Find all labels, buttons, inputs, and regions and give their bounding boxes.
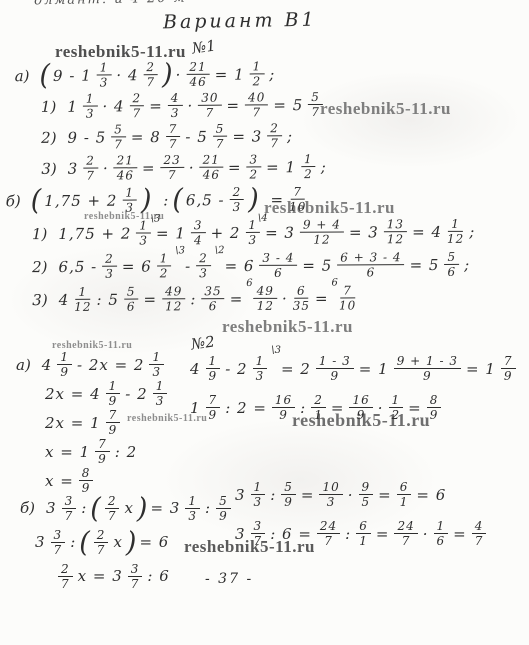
annotation-mark: \3 xyxy=(271,345,281,356)
math-text: x xyxy=(124,499,133,517)
math-text: x xyxy=(113,533,122,551)
numerator: 3 xyxy=(246,153,261,167)
fraction: 13 xyxy=(149,351,164,378)
numerator: 7 xyxy=(340,284,355,298)
numerator: 24 xyxy=(317,520,340,534)
math-text: 2x = 1 xyxy=(45,414,101,432)
math-text: = 6 xyxy=(122,257,152,275)
denominator: 1 xyxy=(359,534,368,547)
numerator: 8 xyxy=(427,394,442,408)
fraction: 19 xyxy=(57,351,72,378)
math-text: : 2 = xyxy=(225,399,267,417)
fraction: 37 xyxy=(251,520,266,547)
math-text: : 6 = xyxy=(270,525,312,543)
denominator: 7 xyxy=(54,543,63,556)
fraction: 2146 xyxy=(114,154,137,181)
fraction: 13 xyxy=(251,481,266,508)
math-line: 1)113· 427=43·307=407= 557 xyxy=(41,89,329,122)
math-text: = xyxy=(270,190,284,208)
math-line: а)419- 2x = 213 xyxy=(16,350,170,379)
fraction: 710 xyxy=(289,186,306,213)
numerator: 49 xyxy=(254,285,277,299)
denominator: 1 xyxy=(314,408,323,421)
numerator: 30 xyxy=(198,92,221,106)
numerator: 1 xyxy=(301,153,316,167)
denominator: 2 xyxy=(304,167,313,180)
denominator: 7 xyxy=(475,534,484,547)
fraction: 27 xyxy=(129,92,144,119)
denominator: 2 xyxy=(249,167,258,180)
math-text: : 2 xyxy=(115,443,137,461)
fraction: 77 xyxy=(166,123,181,150)
denominator: 7 xyxy=(324,534,333,547)
denominator: 3 xyxy=(125,201,134,214)
math-text: = 3 xyxy=(349,223,379,241)
numerator: 2 xyxy=(129,92,144,106)
denominator: 1 xyxy=(400,495,409,508)
denominator: 3 xyxy=(171,106,180,119)
fraction: 16 xyxy=(434,520,449,547)
denominator: 4 xyxy=(194,233,203,246)
denominator: 7 xyxy=(97,543,106,556)
fraction: 37 xyxy=(62,495,77,522)
fraction: 59 xyxy=(216,495,231,522)
numerator: 5 xyxy=(216,495,231,509)
math-text: = 1 xyxy=(266,158,296,176)
big-paren: ( xyxy=(79,526,90,559)
math-text: - 2x = 2 xyxy=(77,356,145,374)
fraction: 27 xyxy=(94,529,109,556)
math-text: · xyxy=(282,289,288,307)
fraction: 112 xyxy=(447,218,464,245)
numerator: 13 xyxy=(384,218,407,232)
math-text: = xyxy=(315,289,329,307)
fraction: 27 xyxy=(105,495,120,522)
numerator: 5 xyxy=(281,481,296,495)
numerator: 1 xyxy=(389,394,404,408)
fraction: 407 xyxy=(245,91,268,118)
fraction: 247 xyxy=(317,520,340,547)
numerator: 1 - 3 xyxy=(316,355,354,369)
fraction: 2146 xyxy=(186,61,209,88)
line-label: 2) xyxy=(41,128,57,146)
numerator: 6 + 3 - 4 xyxy=(337,251,404,265)
numerator: 1 xyxy=(122,187,137,201)
numerator: 9 xyxy=(359,481,374,495)
fraction: 13 xyxy=(185,495,200,522)
numerator: 4 xyxy=(168,92,183,106)
fraction: 56 xyxy=(124,286,139,313)
numerator: 1 xyxy=(251,481,266,495)
numerator: 10 xyxy=(319,481,342,495)
denominator: 7 xyxy=(402,534,411,547)
fraction: 169 xyxy=(272,394,295,421)
big-paren: ) xyxy=(137,492,148,525)
big-paren: ( xyxy=(31,184,42,217)
math-line: 2x = 179 xyxy=(43,408,170,437)
fraction: 34 xyxy=(191,219,206,246)
denominator: 9 xyxy=(423,369,432,382)
denominator: 2 xyxy=(253,74,262,87)
numerator: 16 xyxy=(349,394,372,408)
fraction: 4912 xyxy=(162,285,185,312)
math-text: 4 xyxy=(59,290,70,308)
math-text: 1,75 + 2 xyxy=(58,224,131,242)
big-paren: ) xyxy=(248,183,259,216)
denominator: 46 xyxy=(117,168,134,181)
fraction: 307 xyxy=(198,92,221,119)
denominator: 9 xyxy=(331,369,340,382)
math-text: = 3 xyxy=(232,127,262,145)
math-text: : xyxy=(81,499,87,517)
math-text: = 1 xyxy=(215,65,245,83)
math-text: 3 xyxy=(235,525,246,543)
big-paren: ( xyxy=(90,492,101,525)
math-text: = 6 xyxy=(139,533,169,551)
denominator: 3 xyxy=(188,509,197,522)
math-text: = 1 xyxy=(156,224,186,242)
denominator: 7 xyxy=(252,105,261,118)
numerator: 1 xyxy=(448,218,463,232)
denominator: 46 xyxy=(189,75,206,88)
fraction: 12 xyxy=(250,60,265,87)
denominator: 3 xyxy=(233,200,242,213)
numerator: 6 xyxy=(356,520,371,534)
denominator: 7 xyxy=(131,577,140,590)
denominator: 10 xyxy=(339,298,356,311)
fraction: 23 xyxy=(102,253,117,280)
denominator: 6 xyxy=(127,300,136,313)
math-line: 337:(27x)= 6 xyxy=(33,525,234,559)
math-text: · xyxy=(423,525,429,543)
fraction: 79 xyxy=(501,355,516,382)
numerator: 8 xyxy=(79,467,94,481)
denominator: 3 xyxy=(256,369,265,382)
line-label: 1) xyxy=(32,225,48,243)
fraction: 13 xyxy=(122,187,137,214)
fraction: 95 xyxy=(359,481,374,508)
line-label: а) xyxy=(15,66,30,84)
math-text: ; xyxy=(464,255,470,273)
fraction: 89 xyxy=(79,467,94,494)
math-text: · xyxy=(187,96,193,114)
math-text: - 2 xyxy=(125,385,147,403)
denominator: 7 xyxy=(206,106,215,119)
numerator: 2 xyxy=(230,186,245,200)
denominator: 3 xyxy=(254,495,263,508)
denominator: 9 xyxy=(98,452,107,465)
denominator: 7 xyxy=(65,509,74,522)
numerator: 49 xyxy=(162,285,185,299)
fraction: 13 xyxy=(153,380,168,407)
fraction: 79 xyxy=(106,409,121,436)
numerator: 3 xyxy=(62,495,77,509)
big-paren: ( xyxy=(172,184,183,217)
math-text: : xyxy=(190,290,196,308)
denominator: 3 xyxy=(199,266,208,279)
math-text: : xyxy=(345,525,351,543)
denominator: 9 xyxy=(60,365,69,378)
math-text: · xyxy=(189,158,195,176)
math-line: x = 179: 2 xyxy=(43,437,170,466)
numerator: 5 xyxy=(308,91,323,105)
site-watermark: reshebnik5-11.ru xyxy=(320,99,451,119)
fraction: 37 xyxy=(128,563,143,590)
math-text: : xyxy=(270,486,276,504)
math-text: 9 - 5 xyxy=(67,128,106,146)
fraction: 103 xyxy=(319,481,342,508)
math-line: б)(1,75 + 213)\3:(6,5 -23)\4=710 xyxy=(6,182,478,217)
math-text: · xyxy=(378,399,384,417)
math-text: ; xyxy=(469,222,475,240)
denominator: 35 xyxy=(293,299,310,312)
numerator: 21 xyxy=(200,154,223,168)
numerator: 7 xyxy=(206,394,221,408)
fraction: 3 - 46 xyxy=(259,252,297,279)
denominator: 7 xyxy=(311,105,320,118)
denominator: 2 xyxy=(160,266,169,279)
fraction: 1 - 39 xyxy=(316,355,354,382)
math-text: = xyxy=(378,486,392,504)
line-label: 3) xyxy=(32,291,48,309)
fraction: 37 xyxy=(51,529,66,556)
numerator: 2 xyxy=(58,563,73,577)
fraction: 237 xyxy=(160,154,183,181)
math-text: = xyxy=(228,158,242,176)
denominator: 3 xyxy=(139,233,148,246)
denominator: 9 xyxy=(279,408,288,421)
denominator: 7 xyxy=(133,106,142,119)
math-text: = xyxy=(230,289,244,307)
math-text: ; xyxy=(269,65,275,83)
page-number: - 37 - xyxy=(205,571,253,587)
line-label: б) xyxy=(20,499,35,517)
math-text: · 4 xyxy=(116,66,138,84)
fraction: 56 xyxy=(444,251,459,278)
math-line: 179: 2 =169:21=169·12=89 xyxy=(188,388,519,427)
denominator: 7 xyxy=(270,136,279,149)
denominator: 3 xyxy=(100,75,109,88)
math-text: · 4 xyxy=(102,97,124,115)
math-text: : xyxy=(300,399,306,417)
denominator: 7 xyxy=(114,137,123,150)
math-text: : xyxy=(205,499,211,517)
numerator: 24 xyxy=(394,520,417,534)
math-text: = 5 xyxy=(273,96,303,114)
math-text: - 5 xyxy=(185,127,208,145)
math-text: 2x = 4 xyxy=(45,385,101,403)
big-paren: ) xyxy=(141,184,152,217)
numerator: 1 xyxy=(97,61,112,75)
fraction: 79 xyxy=(95,438,110,465)
fraction: 32 xyxy=(246,153,261,180)
numerator: 3 - 4 xyxy=(259,252,297,266)
denominator: 6 xyxy=(367,265,376,278)
math-text: + 2 xyxy=(210,224,240,242)
numerator: 1 xyxy=(157,252,172,266)
problem-1b-solution: б)(1,75 + 213)\3:(6,5 -23)\4=7101)1,75 +… xyxy=(6,182,478,316)
fraction: 169 xyxy=(349,394,372,421)
annotation-mark: \2 xyxy=(215,245,225,256)
numerator: 2 xyxy=(196,252,211,266)
denominator: 3 xyxy=(105,267,114,280)
fraction: 635 xyxy=(293,285,310,312)
fraction: 61 xyxy=(397,481,412,508)
numerator: 2 xyxy=(102,253,117,267)
denominator: 7 xyxy=(61,577,70,590)
math-text: 9 - 1 xyxy=(53,66,92,84)
math-text: x = 1 xyxy=(45,443,90,461)
math-line: а)(9 - 113· 427)·2146= 112; xyxy=(15,58,329,91)
fraction: 59 xyxy=(281,481,296,508)
math-text: = 4 xyxy=(412,222,442,240)
denominator: 9 xyxy=(504,369,513,382)
problem-2a-equation: а)419- 2x = 2132x = 419- 2132x = 179x = … xyxy=(16,350,170,495)
math-text: = 2 xyxy=(281,360,311,378)
math-text: ; xyxy=(287,127,293,145)
denominator: 2 xyxy=(392,408,401,421)
math-text: 4 xyxy=(42,356,53,374)
math-text: = 5 xyxy=(410,255,440,273)
numerator: 6 xyxy=(294,285,309,299)
denominator: 9 xyxy=(430,408,439,421)
math-text: · xyxy=(103,159,109,177)
fraction: 19 xyxy=(206,355,221,382)
math-line: 337: 6 =247:61=247·16=47 xyxy=(233,514,489,553)
fraction: 112 xyxy=(74,286,91,313)
line-label: 1) xyxy=(41,97,57,115)
numerator: 2 xyxy=(143,61,158,75)
denominator: 10 xyxy=(289,200,306,213)
denominator: 7 xyxy=(168,168,177,181)
numerator: 7 xyxy=(166,123,181,137)
numerator: 3 xyxy=(191,219,206,233)
denominator: 7 xyxy=(254,534,263,547)
fraction: 27 xyxy=(83,155,98,182)
fraction: 9 + 412 xyxy=(300,218,344,245)
math-text: = xyxy=(376,525,390,543)
numerator: 5 xyxy=(444,251,459,265)
math-text: 3 xyxy=(68,159,79,177)
denominator: 7 xyxy=(216,137,225,150)
denominator: 9 xyxy=(209,369,218,382)
math-text: = xyxy=(331,399,345,417)
math-text: : xyxy=(70,533,76,551)
numerator: 1 xyxy=(106,380,121,394)
problem-2b-computation: 313:59=103·95=61= 6337: 6 =247:61=247·16… xyxy=(233,475,489,553)
numerator: 1 xyxy=(153,380,168,394)
denominator: 5 xyxy=(362,495,371,508)
fraction: 1312 xyxy=(384,218,407,245)
fraction: 13 xyxy=(253,355,268,382)
math-text: 3 xyxy=(46,499,57,517)
denominator: 3 xyxy=(156,394,165,407)
clipped-illegible-note: длмант. и 4 20 м xyxy=(34,0,187,8)
numerator: 1 xyxy=(245,219,260,233)
numerator: 1 xyxy=(75,286,90,300)
math-line: 419- 213\3= 21 - 39= 19 + 1 - 39= 179 xyxy=(188,349,519,388)
math-line: 2)6,5 -23= 612\3-23\2= 63 - 46= 56 + 3 -… xyxy=(32,248,478,283)
scanned-solution-page: длмант. и 4 20 м Вариант В1 №1 №2 resheb… xyxy=(0,0,529,645)
numerator: 7 xyxy=(501,355,516,369)
denominator: 3 xyxy=(86,107,95,120)
annotation-mark: 6 xyxy=(246,278,252,289)
math-text: = xyxy=(143,290,157,308)
numerator: 5 xyxy=(124,286,139,300)
numerator: 1 xyxy=(185,495,200,509)
numerator: 2 xyxy=(267,122,282,136)
denominator: 9 xyxy=(109,423,118,436)
site-watermark: reshebnik5-11.ru xyxy=(222,317,353,337)
math-text: : xyxy=(163,191,169,209)
math-text: 6,5 - xyxy=(58,257,97,275)
line-label: б) xyxy=(6,192,21,210)
fraction: 12 xyxy=(301,153,316,180)
math-line: б)337:(27x)= 313:59 xyxy=(20,491,234,525)
numerator: 21 xyxy=(114,154,137,168)
math-text: - xyxy=(185,257,191,275)
denominator: 46 xyxy=(203,168,220,181)
fraction: 247 xyxy=(394,520,417,547)
math-line: 2x = 419- 213 xyxy=(43,379,170,408)
math-text: = 6 xyxy=(225,256,255,274)
numerator: 9 + 4 xyxy=(300,218,344,232)
fraction: 57 xyxy=(213,123,228,150)
problem-2a-computation: 419- 213\3= 21 - 39= 19 + 1 - 39= 179179… xyxy=(188,349,519,427)
math-text: · xyxy=(176,65,182,83)
numerator: 4 xyxy=(472,520,487,534)
fraction: 19 xyxy=(106,380,121,407)
numerator: 16 xyxy=(272,394,295,408)
denominator: 6 xyxy=(447,265,456,278)
numerator: 1 xyxy=(434,520,449,534)
math-text: 1,75 + 2 xyxy=(44,191,117,209)
annotation-mark: 6 xyxy=(331,277,337,288)
fraction: 27 xyxy=(267,122,282,149)
numerator: 3 xyxy=(251,520,266,534)
page-title: Вариант В1 xyxy=(163,9,317,34)
denominator: 3 xyxy=(152,365,161,378)
math-text: = 8 xyxy=(131,128,161,146)
denominator: 7 xyxy=(108,509,117,522)
numerator: 3 xyxy=(51,529,66,543)
denominator: 9 xyxy=(357,408,366,421)
big-paren: ( xyxy=(39,59,50,92)
denominator: 3 xyxy=(327,495,336,508)
numerator: 1 xyxy=(83,93,98,107)
denominator: 12 xyxy=(447,232,464,245)
fraction: 57 xyxy=(111,123,126,150)
fraction: 710 xyxy=(339,284,356,311)
fraction: 21 xyxy=(311,394,326,421)
math-text: 1 xyxy=(190,399,201,417)
math-text: : 6 xyxy=(147,567,169,585)
fraction: 57 xyxy=(308,91,323,118)
fraction: 13 xyxy=(83,93,98,120)
line-label: 2) xyxy=(32,258,48,276)
fraction: 23 xyxy=(230,186,245,213)
denominator: 9 xyxy=(284,495,293,508)
fraction: 356 xyxy=(201,285,224,312)
numerator: 1 xyxy=(250,60,265,74)
annotation-mark: \3 xyxy=(151,213,161,224)
big-paren: ) xyxy=(162,58,173,91)
numerator: 5 xyxy=(111,123,126,137)
numerator: 40 xyxy=(245,91,268,105)
denominator: 9 xyxy=(109,394,118,407)
big-paren: ) xyxy=(126,526,137,559)
fraction: 9 + 1 - 39 xyxy=(394,355,461,382)
